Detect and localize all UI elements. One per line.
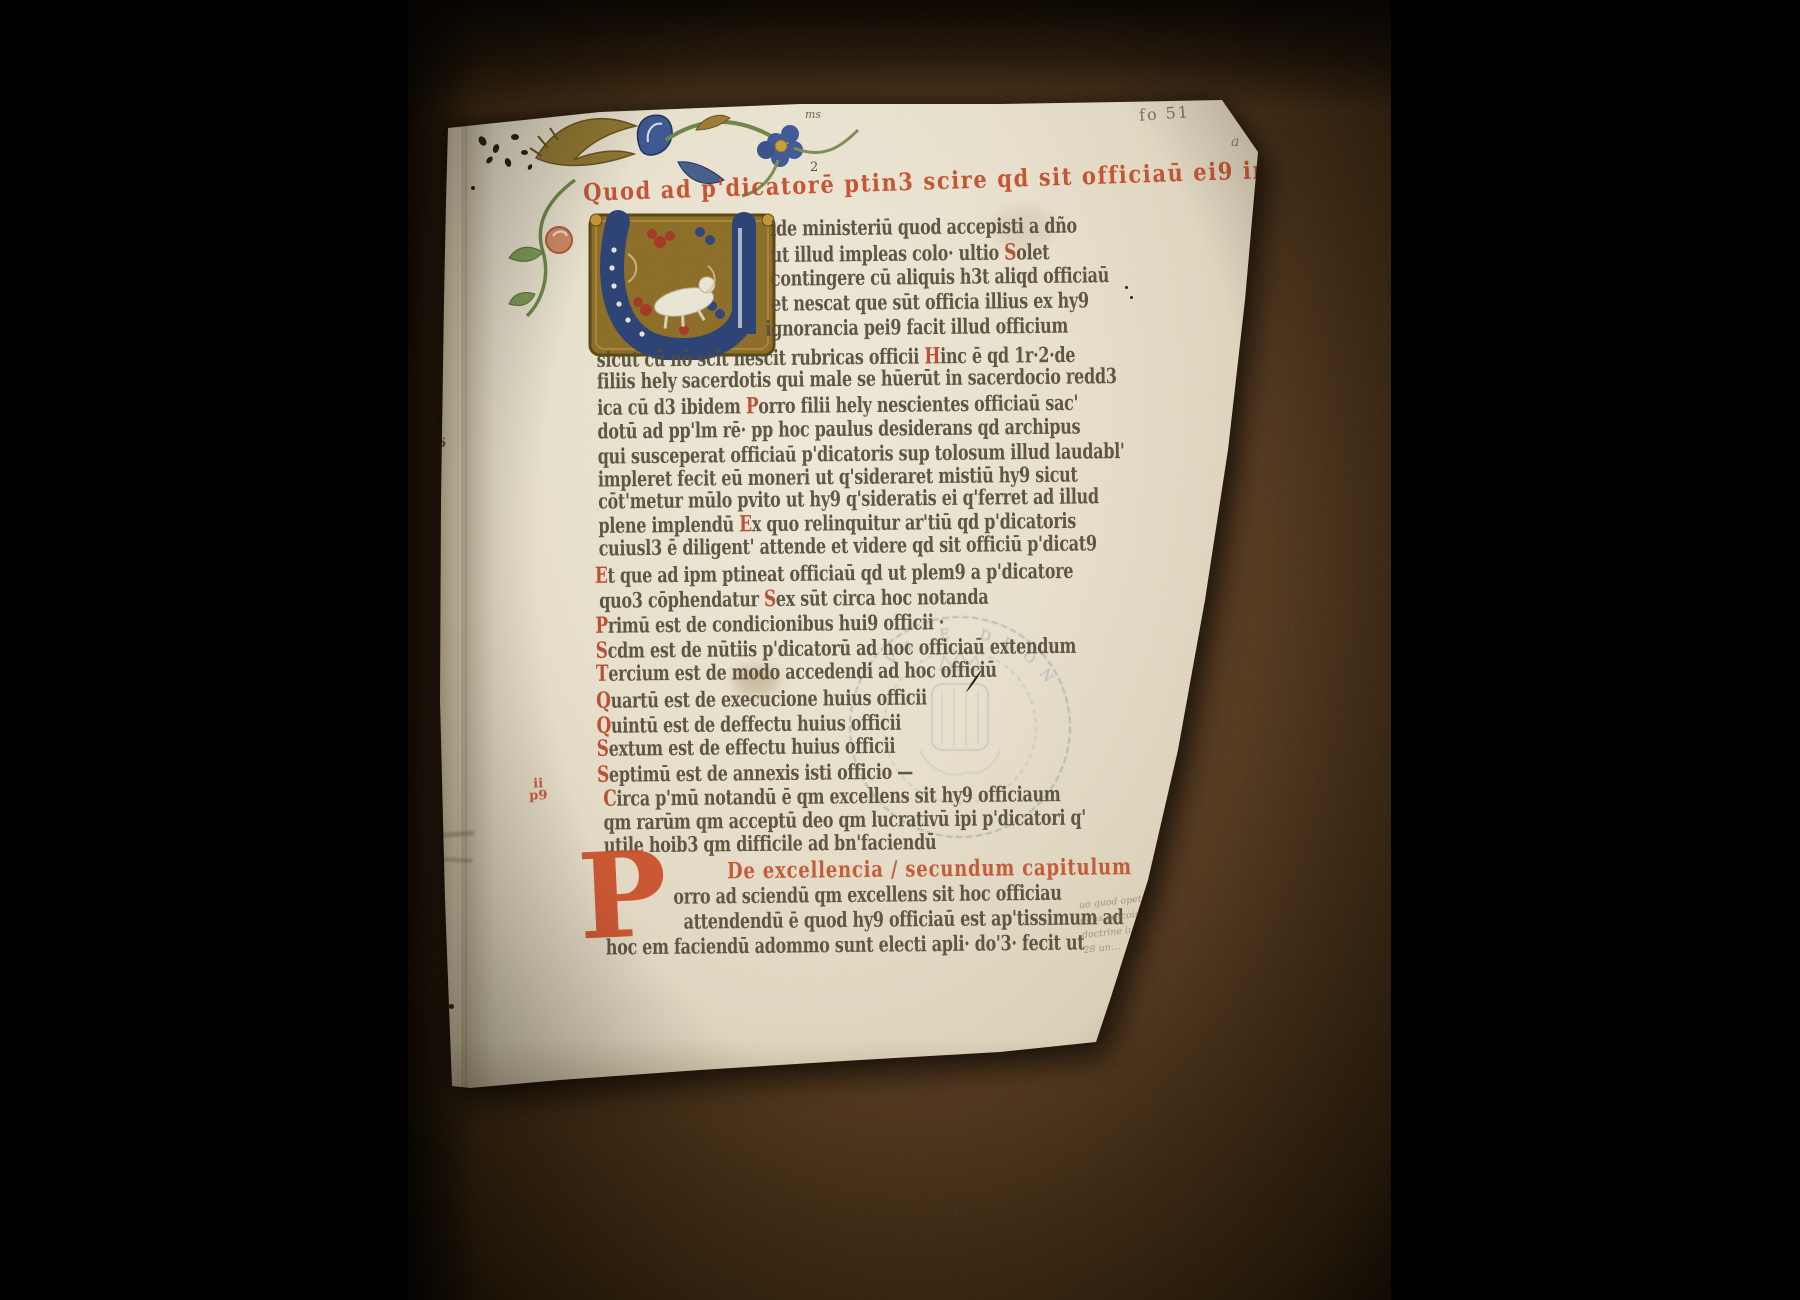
mid-rubric: De excellencia / secundum capitulum <box>727 854 1132 884</box>
text-segment: ercium est de modo accedendi ad hoc offi… <box>608 657 997 686</box>
ink-blot <box>471 186 475 190</box>
binding-pen-mark: 6 <box>437 436 446 451</box>
rubricated-initial: S <box>764 585 776 612</box>
ink-blot <box>1125 286 1128 289</box>
ink-blot <box>521 150 528 155</box>
text-segment: quo3 cōphendatur <box>599 586 764 613</box>
ink-blot <box>438 954 443 960</box>
pen-smudge <box>1133 991 1155 998</box>
marginal-red-chapter-mark: ii p9 <box>529 778 547 802</box>
manuscript-text-line: Sextum est de effectu huius officii <box>597 732 896 762</box>
text-segment: ex sūt circa hoc notanda <box>776 584 989 611</box>
rubricated-initial: P <box>746 392 759 419</box>
text-segment: hoc em faciendū adommo sunt electi apli·… <box>606 930 1085 960</box>
manuscript-text-line: ide ministeriū quod accepisti a dño <box>770 213 1077 241</box>
text-segment: et nescat que sūt officia illius ex hy9 <box>771 288 1089 316</box>
text-segment: ignorancia pei9 facit illud officium <box>765 313 1068 341</box>
rubricated-initial: S <box>597 761 609 788</box>
large-red-initial-p: P <box>576 844 669 948</box>
chapter-heading-rubric: Quod ad p'dicatorē ptin3 scire qd sit of… <box>583 153 1326 206</box>
manuscript-text-line: contingere cū aliquis h3t aliqd officiaū <box>771 262 1109 291</box>
ink-blot <box>1130 296 1133 299</box>
ink-blot <box>511 134 519 140</box>
ink-blot <box>449 1004 454 1009</box>
foliation-number: fo 51 <box>1138 102 1190 125</box>
parchment-surface: VI E DUON Quod ad p'dicatorē ptin3 scire… <box>433 88 1263 1098</box>
rubricated-initial: E <box>739 510 752 537</box>
rubricated-initial: E <box>595 562 608 589</box>
manuscript-text-line: hoc em faciendū adommo sunt electi apli·… <box>606 930 1085 960</box>
rubricated-initial: T <box>596 660 609 687</box>
top-numeral-mark: 2 <box>810 160 818 175</box>
text-segment: contingere cū aliquis h3t aliqd officiaū <box>771 262 1109 291</box>
rubricated-initial: Q <box>596 687 611 714</box>
text-segment: extum est de effectu huius officii <box>609 733 896 761</box>
manuscript-text-line: ignorancia pei9 facit illud officium <box>765 313 1068 341</box>
text-segment: cuiusl3 ē diligent' attende et videre qd… <box>599 531 1097 561</box>
rubricated-initial: C <box>603 785 616 812</box>
text-segment: ica cū d3 ibidem <box>597 394 746 421</box>
text-block: Quod ad p'dicatorē ptin3 scire qd sit of… <box>430 83 1271 1102</box>
manuscript-text-line: Tercium est de modo accedendi ad hoc off… <box>596 656 997 687</box>
manuscript-text-line: cuiusl3 ē diligent' attende et videre qd… <box>599 531 1097 561</box>
rubricated-initial: S <box>597 735 609 762</box>
rubricated-initial: P <box>595 612 608 639</box>
pen-smudge <box>1123 973 1149 981</box>
top-squiggle-mark: ms <box>805 108 821 121</box>
parchment-page: VI E DUON Quod ad p'dicatorē ptin3 scire… <box>433 88 1263 1098</box>
binding-pen-mark: 3 <box>435 296 444 311</box>
pen-smudge <box>439 857 473 863</box>
text-segment: ide ministeriū quod accepisti a dño <box>770 213 1077 241</box>
manuscript-text-line: et nescat que sūt officia illius ex hy9 <box>771 288 1089 316</box>
book-photograph: VI E DUON Quod ad p'dicatorē ptin3 scire… <box>408 0 1391 1300</box>
text-segment: olet <box>1016 239 1049 264</box>
rubricated-initial: S <box>1004 238 1016 265</box>
marginal-annotation: uo quod opeturdans edicoisdoctrine iunta… <box>1078 890 1164 958</box>
corner-letter: a <box>1231 134 1239 150</box>
